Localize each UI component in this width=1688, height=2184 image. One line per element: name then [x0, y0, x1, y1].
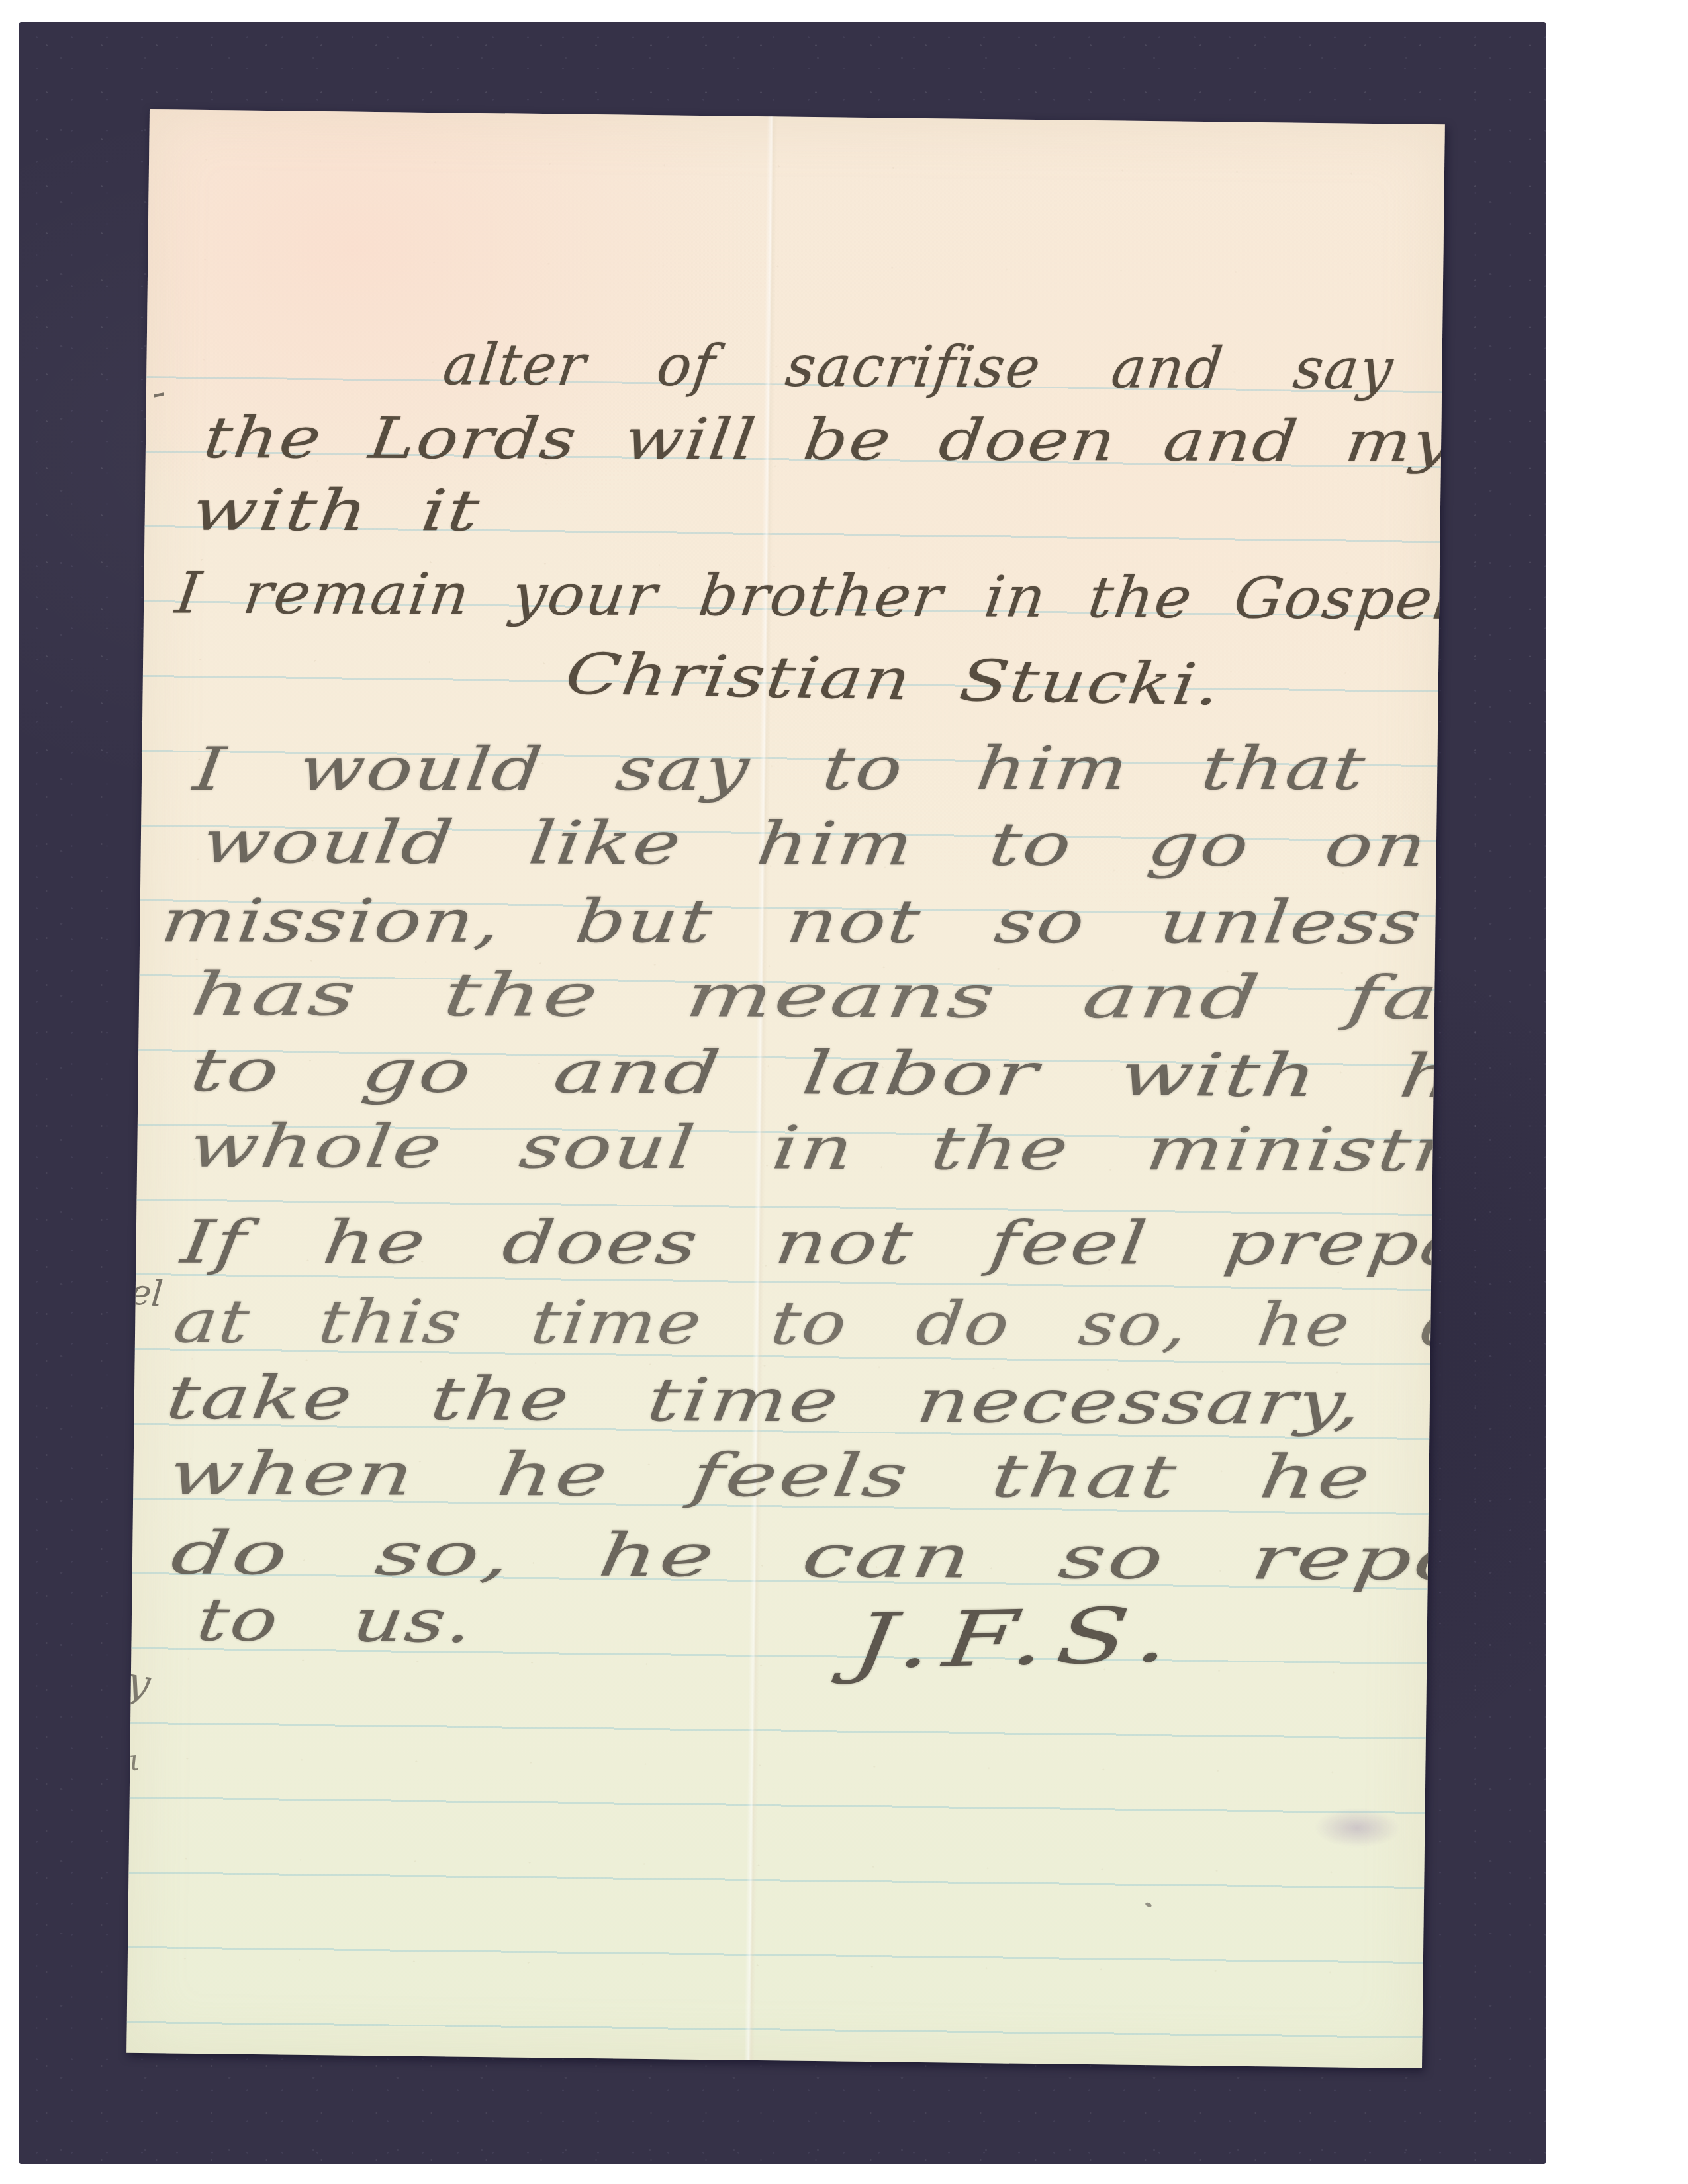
- handwritten-line: I would say to him that we: [191, 739, 1445, 799]
- ink-smudge: [1314, 1807, 1401, 1848]
- margin-mark: el: [129, 1274, 164, 1312]
- handwritten-line: do so, he can so report: [168, 1524, 1445, 1590]
- handwritten-line: to go and labor with his: [187, 1041, 1445, 1107]
- handwritten-line: has the means and faith: [188, 965, 1445, 1029]
- handwritten-line: whole soul in the ministry.: [186, 1117, 1445, 1181]
- handwritten-line: to us.: [193, 1590, 477, 1652]
- backdrop-mat: alter of sacrifise and say the Lords wil…: [19, 22, 1546, 2164]
- handwritten-line: alter of sacrifise and say: [440, 336, 1397, 398]
- handwritten-line: the Lords will be doen and myself: [201, 410, 1445, 471]
- handwritten-line: when he feels that he can: [165, 1444, 1445, 1508]
- handwritten-line: at this time to do so, he can: [171, 1293, 1445, 1357]
- handwritten-line: would like him to go on a: [199, 813, 1445, 876]
- handwritten-line: If he does not feel prepared: [178, 1213, 1445, 1275]
- handwritten-line: with it: [189, 482, 483, 540]
- scanned-letter-page: alter of sacrifise and say the Lords wil…: [0, 0, 1688, 2184]
- letter-paper: alter of sacrifise and say the Lords wil…: [126, 109, 1445, 2068]
- handwritten-line: mission, but not so unless he: [158, 891, 1445, 953]
- handwritten-line: take the time necessary, and: [163, 1368, 1445, 1435]
- signature-initials: J.F.S.: [849, 1597, 1187, 1681]
- handwritten-line: I remain your brother in the Gospel: [173, 565, 1445, 628]
- handwritten-signature-name: Christian Stucki.: [562, 646, 1225, 714]
